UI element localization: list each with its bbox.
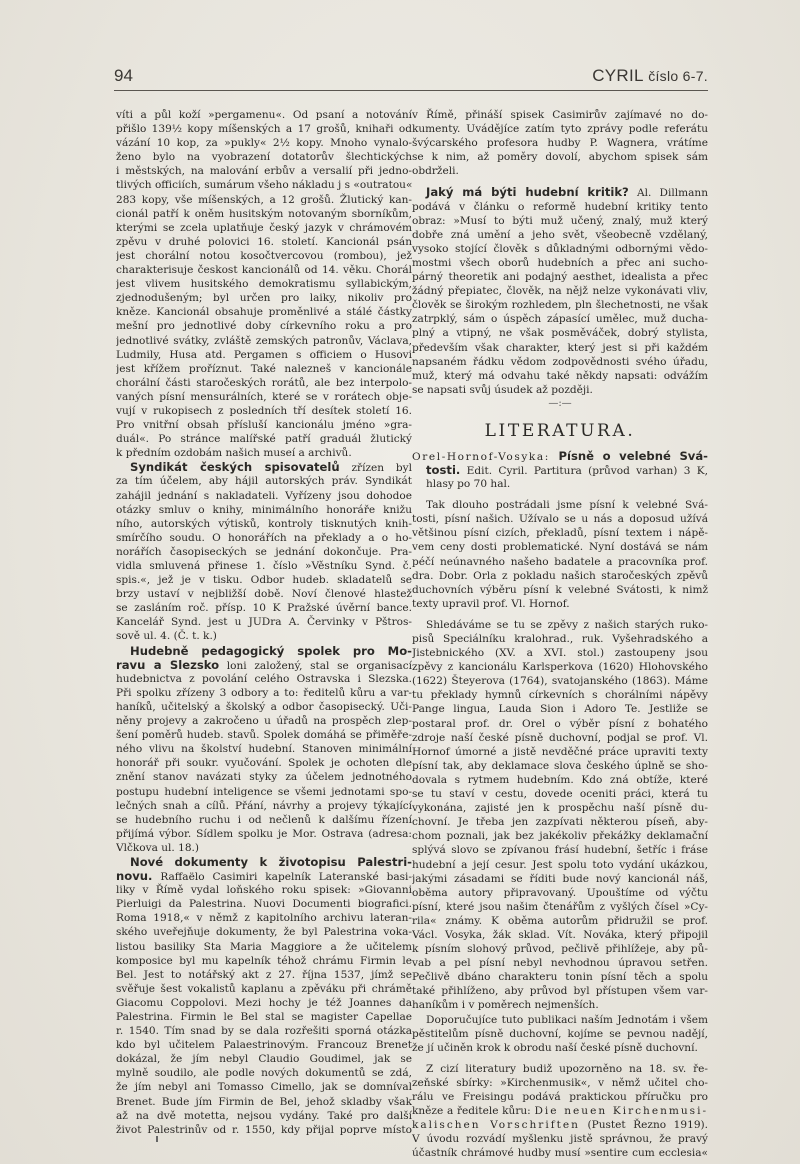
running-head: CYRIL číslo 6-7. (592, 66, 708, 86)
text-line: Brenet. Bude jím Firmin de Bel, jehož sk… (116, 1095, 412, 1109)
text-line: tlivých officiích, sumárum všeho nákladu… (116, 178, 412, 192)
journal-title: CYRIL (592, 66, 643, 85)
text-line: texty upravil prof. Vl. Hornof. (412, 597, 708, 611)
right-column: v Římě, přináší spisek Casimirův zajímav… (412, 108, 708, 1160)
text-line: kterými se zcela uplatňuje český jazyk v… (116, 221, 412, 235)
text-line: ného vlivu na školství hudební. Stanoven… (116, 742, 412, 756)
text-line: sově ul. 4. (Č. t. k.) (116, 629, 412, 643)
text-line: účastník chrámové hudby musí »sentire cu… (412, 1146, 708, 1160)
text-line: chorální části staročeských rorátů, ale … (116, 376, 412, 390)
text-line: Václ. Vosyka, žák sklad. Vít. Nováka, kt… (412, 928, 708, 942)
text-line: zpěvu v druhé polovici 16. století. Kanc… (116, 235, 412, 249)
text-line: oběma autory připravovaný. Upouštíme od … (412, 886, 708, 900)
paragraph-hudebne-spolek: Hudebně pedagogický spolek pro Mo- ravu … (116, 644, 412, 855)
page-header: 94 CYRIL číslo 6-7. (114, 64, 708, 91)
text-line: dobře zná umění a jeho svět, všeobecně v… (412, 228, 708, 242)
text-line: především však charakter, který jest si … (412, 341, 708, 355)
text-line: vysoko stojící člověk s důkladnými odbor… (412, 242, 708, 256)
text-line: muž, který má odvahu také někdy napsati:… (412, 369, 708, 383)
text-line: se zasláním roč. přísp. 10 K Pražské úvě… (116, 601, 412, 615)
text-line: Pečlivě dbáno charakteru tonin písní těc… (412, 970, 708, 984)
text-line: zahájil jednání s nakladateli. Vyřízeny … (116, 489, 412, 503)
text-line: napsaném řádku vědom zodpovědnosti svého… (412, 355, 708, 369)
text-line: písní tak, aby deklamace slova českého ú… (412, 759, 708, 773)
text-line: r. 1540. Tím snad by se dala rozřešiti s… (116, 1024, 412, 1038)
kritik-first-line: Jaký má býti hudební kritik? Al. Dillman… (412, 185, 708, 199)
text-line: jest vlivem husitského demokratismu syll… (116, 277, 412, 291)
text-line: obdrželi. (412, 164, 708, 178)
text-line: pěstitelům písně duchovní, kojíme se pev… (412, 1027, 708, 1041)
text-line: zpěvy z kancionálu Karlsperkova (1620) H… (412, 660, 708, 674)
text-line: zdroje naší české písně duchovní, podjal… (412, 731, 708, 745)
left-column: víti a půl koží »pergamenu«. Od psaní a … (116, 108, 412, 1137)
text-line: spis.«, jež je v tisku. Odbor hudeb. skl… (116, 573, 412, 587)
text-line: vab a pel písní nebyl nevhodnou úpravou … (412, 956, 708, 970)
text-line: Vlčkova ul. 18.) (116, 841, 412, 855)
text-line: Pierluigi da Palestrina. Nuovi Documenti… (116, 897, 412, 911)
text-line: svěřuje šest vokalistů kaplanu a zpěváku… (116, 982, 412, 996)
foreign-book-title-line1: kněze a ředitele kůru: Die neuen Kirchen… (412, 1104, 708, 1118)
text-line: podává v článku o reformě hudební kritik… (412, 200, 708, 214)
syndikat-heading: Syndikát českých spisovatelů (130, 460, 340, 474)
text-line: komposice byl mu kapelník téhož chrámu F… (116, 954, 412, 968)
text-line: haníků, učitelský a školský a odbor časo… (116, 700, 412, 714)
text-line: rila« známy. K oběma autorům přidružil s… (412, 914, 708, 928)
text-line: chom poznali, jak bez jakékoliv překážky… (412, 829, 708, 843)
paragraph-foreign-literature: Z cizí literatury budiž upozorněno na 18… (412, 1062, 708, 1161)
page-number: 94 (114, 66, 133, 86)
palestrina-heading-line1: Nové dokumenty k životopisu Palestri- (116, 855, 412, 869)
text-line: se k nim, až poměry dovolí, abychom spis… (412, 150, 708, 164)
text-line: život Palestrinův od r. 1550, kdy přijal… (116, 1123, 412, 1137)
text-line: písní, které jsou našim čtenářům z vyšlý… (412, 900, 708, 914)
text-line: zeňské sbírky: »Kirchenmusik«, v němž uč… (412, 1076, 708, 1090)
text-line: ženo bylo na vyobrazení dotatorův šlecht… (116, 150, 412, 164)
text-line: mylně soudilo, ale podle nových dokument… (116, 1066, 412, 1080)
palestrina-heading-line2: novu. Raffaëlo Casimiri kapelník Lateran… (116, 869, 412, 883)
text-line: 283 kopy, vše míšenských, a 12 grošů. Žl… (116, 193, 412, 207)
text-line: jest chorální notou kosočtvercovou (romb… (116, 249, 412, 263)
text-line: tosti, písní našich. Užívalo se u nás a … (412, 512, 708, 526)
paragraph-syndikat: Syndikát českých spisovatelů zřízen byl … (116, 460, 412, 643)
text-line: jednotlivé svátky, zvláště zemských patr… (116, 334, 412, 348)
book-authors: Orel-Hornof-Vosyka: (412, 451, 550, 463)
text-line: i městských, na malování erbův a versali… (116, 164, 412, 178)
text-line: otázky smluv o knihy, minimálního honorá… (116, 503, 412, 517)
text-line: Roma 1918,« v němž z kapitolního archivu… (116, 911, 412, 925)
syndikat-first-line: Syndikát českých spisovatelů zřízen byl (116, 460, 412, 474)
text-line: víti a půl koží »pergamenu«. Od psaní a … (116, 108, 412, 122)
kritik-heading: Jaký má býti hudební kritik? (426, 185, 629, 199)
paragraph-palestrina: Nové dokumenty k životopisu Palestri- no… (116, 855, 412, 1137)
text-line: listou basiliky Sta Maria Maggiore a že … (116, 940, 412, 954)
text-line: dokázal, že jím nebyl Claudio Goudimel, … (116, 1052, 412, 1066)
text-line: Z cizí literatury budiž upozorněno na 18… (412, 1062, 708, 1076)
foreign-book-title: Die neuen Kirchenmusi- (534, 1105, 708, 1117)
text-line: až na dvě motetta, nejsou vydány. Také p… (116, 1109, 412, 1123)
section-divider: —:— (412, 397, 708, 411)
text-line: jakými zásadami se říditi bude nový kanc… (412, 872, 708, 886)
issue-number: číslo 6-7. (648, 68, 708, 84)
text-line: brzy ustaví v nejbližší době. Noví členo… (116, 587, 412, 601)
text-line: párný theoretik ani podajný aesthet, ide… (412, 270, 708, 284)
text-line: (1622) Šteyerova (1764), svatojanského (… (412, 674, 708, 688)
text-line: švýcarského profesora hudby P. Wagnera, … (412, 136, 708, 150)
text-line: obraz: »Musí to býti muž učený, znalý, m… (412, 214, 708, 228)
text-line: dra. Dobr. Orla z pokladu našich staroče… (412, 569, 708, 583)
text-line: že jím nebyl ani Tomasso Cimello, jak se… (116, 1080, 412, 1094)
text-line: vidla smluvená přinese 1. číslo »Věstník… (116, 559, 412, 573)
text-line: hudebnictva z povolání celého Ostravska … (116, 672, 412, 686)
text-line: žádný přepiatec, člověk, na nějž nelze v… (412, 284, 708, 298)
spolek-heading-line1: Hudebně pedagogický spolek pro Mo- (116, 644, 412, 658)
book-price: hlasy po 70 hal. (412, 477, 708, 491)
text-line: norářích časopiseckých se jednání dokonč… (116, 545, 412, 559)
text-line: také přihlíženo, aby průvod byl přístupe… (412, 984, 708, 998)
text-line: charakterisuje českost kancionálů od 14.… (116, 263, 412, 277)
paragraph-casimiri-cont: v Římě, přináší spisek Casimirův zajímav… (412, 108, 708, 178)
text-line: Giacomu Coppolovi. Mezi hochy je též Joa… (116, 996, 412, 1010)
paragraph-review-intro: Tak dlouho postrádali jsme písní k veleb… (412, 498, 708, 611)
text-line: k písním slohový průvod, pečlivě přihlíž… (412, 942, 708, 956)
text-line: přišlo 139½ kopy míšenských a 17 grošů, … (116, 122, 412, 136)
text-line: se hudebního ruchu i od nečlenů k dalším… (116, 813, 412, 827)
text-line: Shledáváme se tu se zpěvy z našich starý… (412, 618, 708, 632)
text-line: dovala s rytmem hudebním. Kdo zná obtíže… (412, 773, 708, 787)
text-line: cionál patří k oněm husitským notovaným … (116, 207, 412, 221)
text-line: Při spolku zřízeny 3 odbory a to: ředite… (116, 686, 412, 700)
book-entry-line2: tosti. Edit. Cyril. Partitura (průvod va… (412, 463, 708, 477)
text-line: Palestrina. Firmin le Bel stal se magist… (116, 1010, 412, 1024)
text-line: Bel. Jest to notářský akt z 27. října 15… (116, 968, 412, 982)
text-line: Jistebnického (XV. a XVI. stol.) zastoup… (412, 646, 708, 660)
text-line: člověk se širokým rozhledem, pln šlechet… (412, 298, 708, 312)
text-line: péčí neúnavného našeho badatele a pracov… (412, 555, 708, 569)
text-line: tu překlady hymnů církevních s chorálním… (412, 688, 708, 702)
text-line: Tak dlouho postrádali jsme písní k veleb… (412, 498, 708, 512)
text-line: Pange lingua, Lauda Sion i Adoro Te. Jes… (412, 702, 708, 716)
text-line: vaných písní mensurálních, které se v ro… (116, 390, 412, 404)
document-page: 94 CYRIL číslo 6-7. víti a půl koží »per… (0, 0, 800, 1164)
text-line: duchovních výběru písní k velebné Svátos… (412, 583, 708, 597)
text-line: Hornof úmorné a jistě nevděčné práce upr… (412, 745, 708, 759)
text-line: mešní pro jednotlivé doby církevního rok… (116, 319, 412, 333)
spolek-heading-line2: ravu a Slezsko loni založený, stal se or… (116, 658, 412, 672)
text-line: smírčího soudu. O honorářích na překlady… (116, 531, 412, 545)
text-line: duál«. Po stránce malířské patří graduál… (116, 432, 412, 446)
text-line: kumenty. Uvádějíce zatím tyto zprávy pod… (412, 122, 708, 136)
text-line: V úvodu rozvádí myšlenku jistě správnou,… (412, 1132, 708, 1146)
text-line: chovní. Je třeba jen zazpívati některou … (412, 815, 708, 829)
text-line: zatrpklý, sám o úspěch zápasící umělec, … (412, 312, 708, 326)
text-line: šení poměrů hudeb. stavů. Spolek domáhá … (116, 728, 412, 742)
text-line: plný a vtipný, ne však posměváček, dobrý… (412, 326, 708, 340)
section-title-literatura: LITERATURA. (412, 421, 708, 441)
foreign-book-title-line2: kalischen Vorschriften (Pustet Řezno 191… (412, 1118, 708, 1132)
book-entry-line1: Orel-Hornof-Vosyka: Písně o velebné Svá- (412, 449, 708, 463)
text-line: vem ceny dosti problematické. Nyní dostá… (412, 540, 708, 554)
text-line: přijímá výbor. Sídlem spolku je Mor. Ost… (116, 827, 412, 841)
text-line: haníkům i v poměrech nejmenších. (412, 998, 708, 1012)
text-line: honorář při soukr. vyučování. Spolek je … (116, 756, 412, 770)
text-line: postupu hudební inteligence se všemi jed… (116, 785, 412, 799)
text-line: postaral prof. dr. Orel o výběr písní z … (412, 717, 708, 731)
text-line: liky v Římě vydal loňského roku spisek: … (116, 883, 412, 897)
text-line: splývá slovo se zpívanou frásí hudební, … (412, 843, 708, 857)
text-line: vázání 10 kop, za »pukly« 2½ kopy. Mnoho… (116, 136, 412, 150)
text-line: kdo byl učitelem Palaestrinovým. Francou… (116, 1038, 412, 1052)
text-line: vují v rukopisech z posledních tří desít… (116, 404, 412, 418)
text-line: něny projevy a zakročeno u úřadů na pros… (116, 714, 412, 728)
text-line: za tím účelem, aby hájil autorských práv… (116, 474, 412, 488)
book-entry: Orel-Hornof-Vosyka: Písně o velebné Svá-… (412, 449, 708, 491)
paragraph-review-recommend: Doporučujíce tuto publikaci naším Jednot… (412, 1013, 708, 1055)
text-line: většinou písní cizích, překladů, písní t… (412, 526, 708, 540)
text-line: Ludmily, Husa atd. Pergamen s officiem o… (116, 348, 412, 362)
text-line: pisů Speciálníku kralohrad., ruk. Vyšehr… (412, 632, 708, 646)
text-line: lečných snah a cílů. Přání, návrhy a pro… (116, 799, 412, 813)
text-line: znění stanov navázati styky za účelem je… (116, 770, 412, 784)
text-line: Kancelář Synd. jest u JUDra A. Červinky … (116, 615, 412, 629)
text-line: jest křížem proříznut. Také nalezneš v k… (116, 362, 412, 376)
paragraph-review-body: Shledáváme se tu se zpěvy z našich starý… (412, 618, 708, 1013)
print-mark (156, 1136, 158, 1142)
text-line: ského uveřejňuje dokumenty, že byl Pales… (116, 925, 412, 939)
paragraph-kritik: Jaký má býti hudební kritik? Al. Dillman… (412, 185, 708, 396)
book-title: Písně o velebné Svá- (550, 449, 708, 463)
text-line: vykonána, zajisté jen k prospěchu naší p… (412, 801, 708, 815)
text-line: kněze. Kancionál obsahuje proměnlivé a s… (116, 305, 412, 319)
text-line: se napsati svůj úsudek až později. (412, 383, 708, 397)
text-line: hudební a její cesur. Jest spolu toto vy… (412, 858, 708, 872)
text-line: v Římě, přináší spisek Casimirův zajímav… (412, 108, 708, 122)
text-line: mostmi všech oborů hudebních a přec ani … (412, 256, 708, 270)
text-line: rálu ve Freisingu podává praktickou přír… (412, 1090, 708, 1104)
text-line: že jí učiněn krok k obrodu naší české pí… (412, 1041, 708, 1055)
text-line: se tu staví v cestu, dovede oceniti prác… (412, 787, 708, 801)
paragraph-kancional: víti a půl koží »pergamenu«. Od psaní a … (116, 108, 412, 460)
text-line: k předním ozdobám našich museí a archivů… (116, 446, 412, 460)
text-line: Doporučujíce tuto publikaci naším Jednot… (412, 1013, 708, 1027)
text-line: Pro vnitřní obsah přísluší kancionálu jm… (116, 418, 412, 432)
text-line: ního, autorských výtisků, kontroly tiskn… (116, 517, 412, 531)
text-line: zjednodušeným; byl určen pro laiky, niko… (116, 291, 412, 305)
